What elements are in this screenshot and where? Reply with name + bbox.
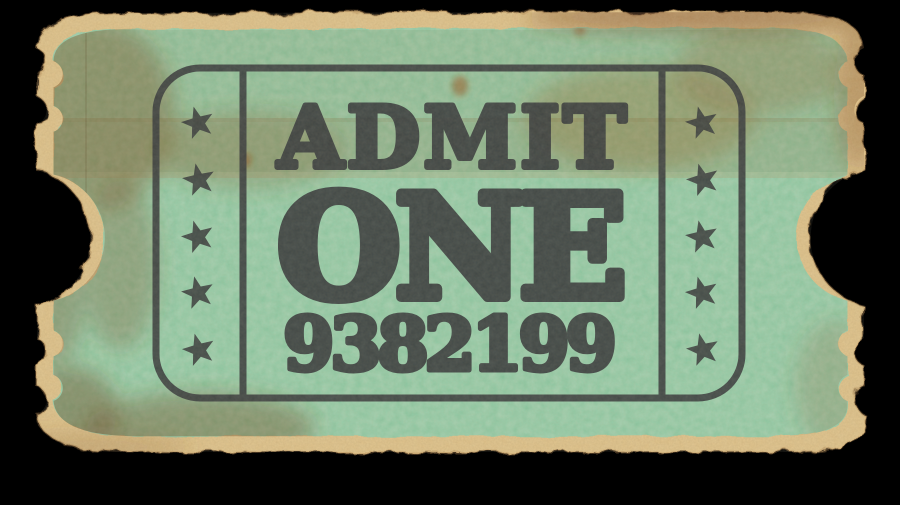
ticket-image: ADMIT ONE 9382199 [0, 0, 900, 505]
grain-overlay [0, 0, 900, 505]
admit-one-ticket-graphic: ADMIT ONE 9382199 [0, 0, 900, 505]
